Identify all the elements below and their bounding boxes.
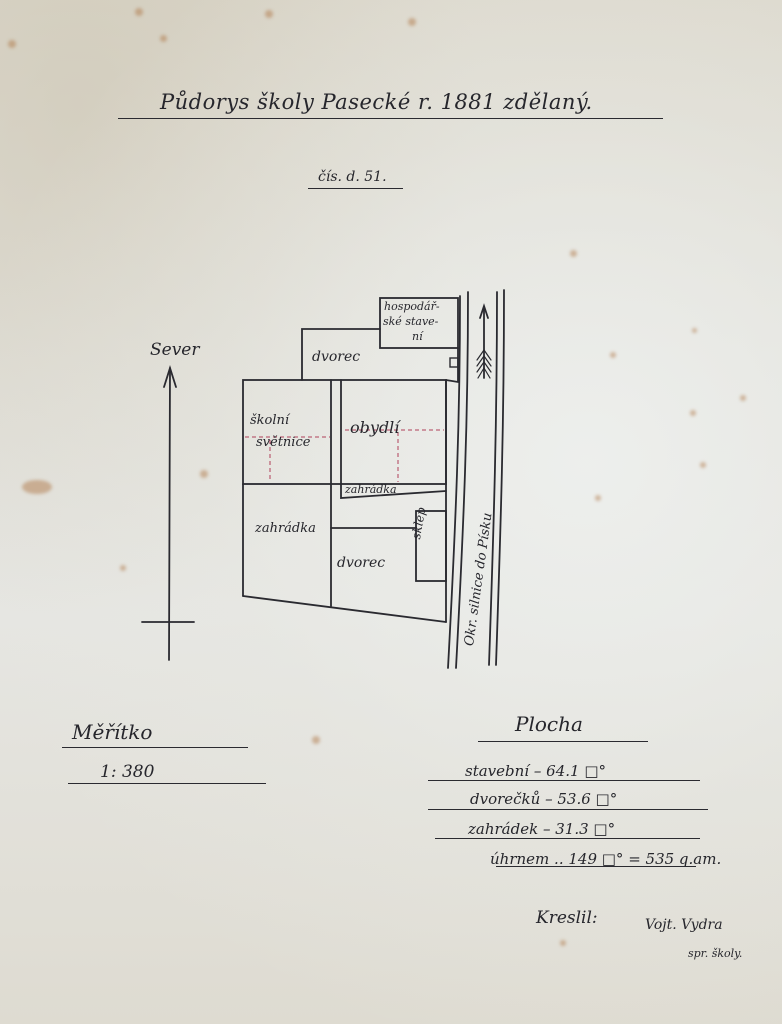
- scale-label-underline: [62, 747, 248, 748]
- area-row-label: zahrádek: [468, 820, 538, 838]
- room-label-courtyard-top: dvorec: [312, 350, 360, 364]
- document-page: Půdorys školy Pasecké r. 1881 zdělaný. č…: [0, 0, 782, 1024]
- floor-plan-drawing: [0, 0, 782, 1024]
- room-label-classroom-1: školní: [250, 414, 289, 427]
- scale-label: Měřítko: [72, 722, 152, 742]
- room-label-farm-building-1: hospodář-: [384, 301, 440, 312]
- north-arrow-shaft: [169, 368, 170, 660]
- area-row-underline: [428, 780, 700, 781]
- area-row-label: dvorečků: [470, 790, 540, 808]
- scale-value-underline: [68, 783, 266, 784]
- area-row-building: stavební – 64.1 □°: [465, 764, 606, 779]
- area-row-separator: –: [545, 790, 557, 808]
- area-row-label: stavební: [465, 762, 529, 780]
- north-label: Sever: [150, 342, 200, 359]
- area-row-underline: [428, 809, 708, 810]
- area-row-underline: [496, 866, 696, 867]
- room-label-garden: zahrádka: [255, 522, 316, 535]
- room-label-classroom-2: světnice: [256, 436, 310, 449]
- room-label-dwelling: obydlí: [350, 420, 399, 436]
- scale-value: 1: 380: [100, 764, 154, 781]
- signature-role: spr. školy.: [688, 948, 742, 959]
- area-row-gardens: zahrádek – 31.3 □°: [468, 822, 615, 837]
- area-row-value: 64.1 □°: [546, 762, 606, 780]
- area-row-total: úhrnem .. 149 □° = 535 q.am.: [490, 852, 721, 867]
- room-label-farm-building-3: ní: [412, 331, 423, 342]
- room-label-garden-strip: zahrádka: [345, 484, 397, 495]
- signature-name: Vojt. Vydra: [645, 918, 723, 932]
- area-heading-underline: [478, 741, 648, 742]
- area-row-underline: [435, 838, 700, 839]
- room-label-farm-building-2: ské stave-: [383, 316, 438, 327]
- area-heading: Plocha: [515, 714, 583, 734]
- area-row-separator: –: [543, 820, 555, 838]
- main-building-outline: [243, 380, 446, 484]
- area-row-separator: –: [534, 762, 546, 780]
- area-row-value: 53.6 □°: [557, 790, 617, 808]
- area-row-courtyards: dvorečků – 53.6 □°: [470, 792, 617, 807]
- room-label-courtyard-bottom: dvorec: [337, 556, 385, 570]
- drawn-by-label: Kreslil:: [536, 910, 598, 927]
- area-row-value: 31.3 □°: [555, 820, 615, 838]
